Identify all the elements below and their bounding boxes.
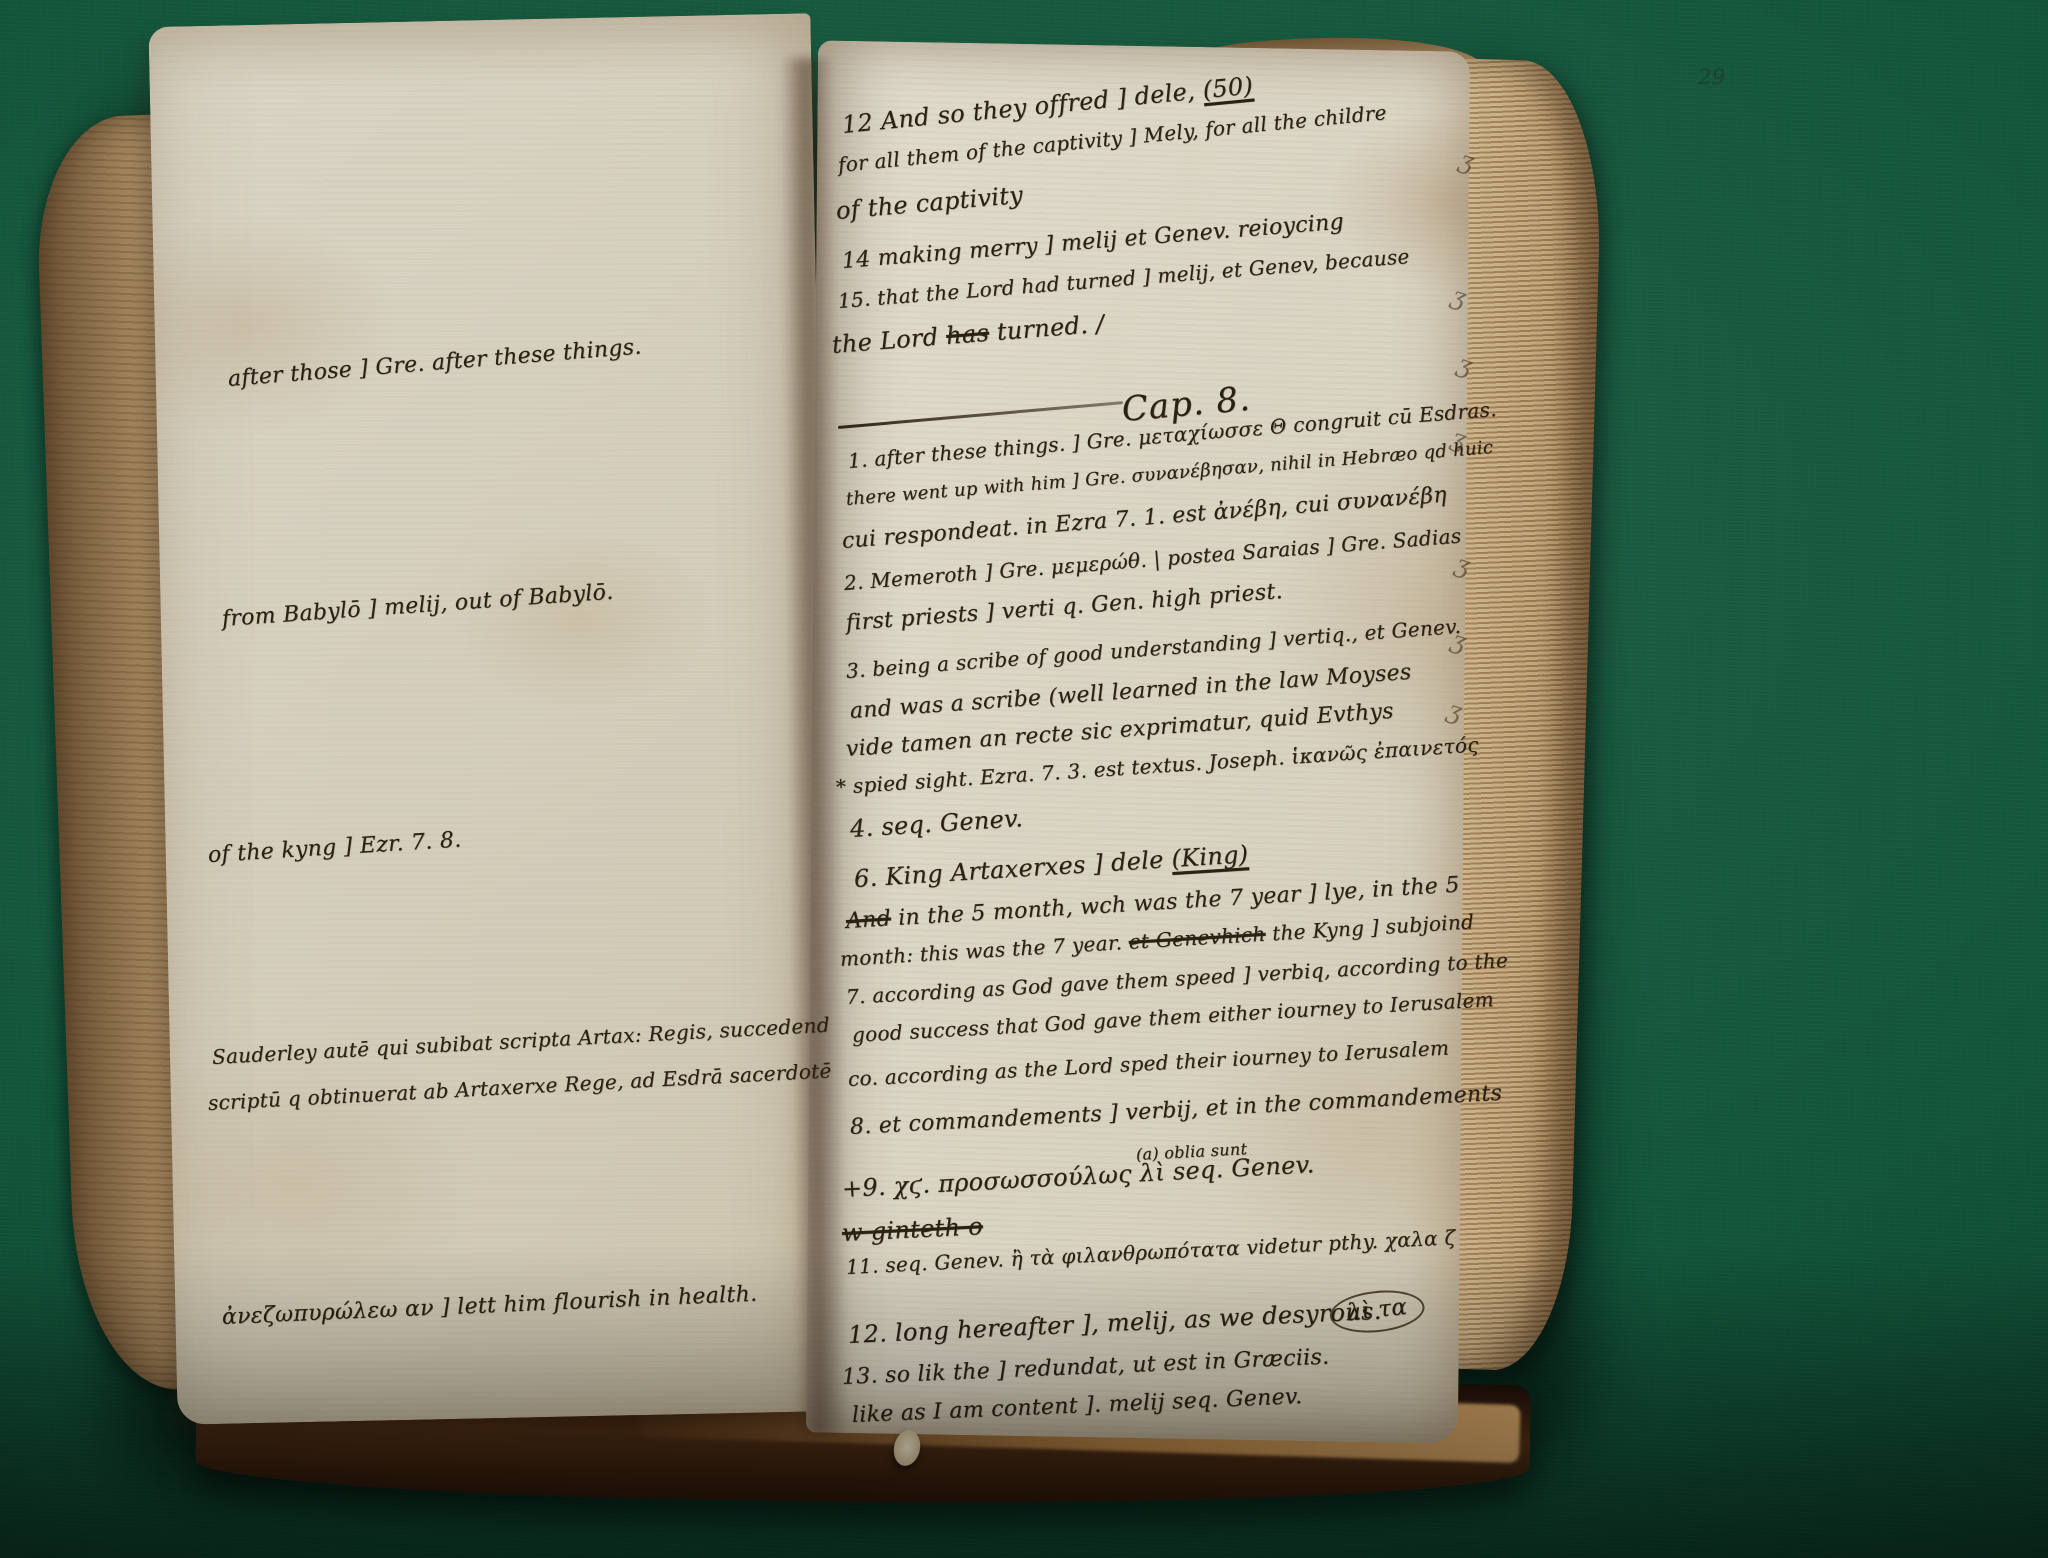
left-page <box>148 13 839 1425</box>
page-number: 29 <box>1698 66 1725 89</box>
underlined-deletion-mark: (King) <box>1171 840 1250 873</box>
manuscript-photo: after those ] Gre. after these things. f… <box>0 0 2048 1558</box>
struck-word: has <box>945 319 990 350</box>
underlined-deletion-mark: (50) <box>1201 71 1254 104</box>
struck-word: And <box>845 906 891 934</box>
